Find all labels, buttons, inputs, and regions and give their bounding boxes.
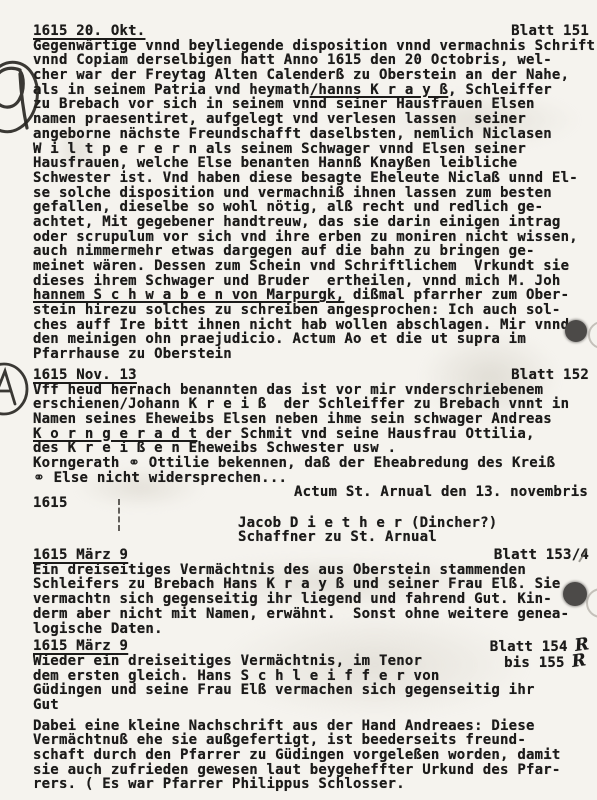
- entry-heading: 1615 März 9Blatt 153/4: [33, 548, 589, 563]
- entry-date: 1615 20. Okt.: [33, 23, 145, 39]
- entry-blatt: Blatt 154Rbis 155R: [490, 639, 589, 670]
- doc-line: stein hirezu solches zu schreiben angesp…: [33, 303, 589, 318]
- doc-line: Güdingen und seine Frau Elß vermachen si…: [33, 683, 589, 698]
- document-content: 1615 20. Okt.Blatt 151Gegenwärtige vnnd …: [33, 24, 589, 792]
- document-entry: 1615 März 9Blatt 153/4Ein dreiseitiges V…: [33, 548, 589, 636]
- text-segment: Namen seines Eheweibs Elsen neben ihme s…: [33, 411, 552, 427]
- text-segment: vermachtn sich gegenseitig ihr liegend u…: [33, 591, 552, 607]
- doc-line: derm aber nicht mit Namen, erwähnt. Sons…: [33, 607, 589, 622]
- entry-blatt: Blatt 153/4: [494, 548, 589, 563]
- underlined-name: hannem S c h w a b e n von Marpurgk,: [33, 287, 344, 303]
- text-segment: namen praesentiret, aufgelegt vnd verles…: [33, 111, 526, 127]
- text-segment: vnnd Copiam derselbigen hatt Anno 1615 d…: [33, 52, 552, 68]
- text-segment: Gut: [33, 697, 59, 713]
- doc-line: schaft durch den Pfarrer zu Güdingen vor…: [33, 748, 589, 763]
- doc-line: hannem S c h w a b e n von Marpurgk, diß…: [33, 288, 589, 303]
- doc-line: Gut: [33, 698, 589, 713]
- doc-line: Schleifers zu Brebach Hans K r a y ß und…: [33, 577, 589, 592]
- text-segment: dißmal pfarrher zum Ober-: [344, 287, 569, 303]
- signature-line: Jacob D i e t h e r (Dincher?): [238, 516, 589, 531]
- punch-hole-ring: [588, 321, 597, 349]
- circled-a-annotation: [0, 362, 32, 416]
- entry-date: 1615 Nov. 13: [33, 367, 137, 383]
- doc-line: namen praesentiret, aufgelegt vnd verles…: [33, 112, 589, 127]
- text-segment: achtet, Mit gegebener handtreuw, das sie…: [33, 214, 561, 230]
- entry-heading: 1615 Nov. 13Blatt 152: [33, 368, 589, 383]
- text-segment: schaft durch den Pfarrer zu Güdingen vor…: [33, 747, 561, 763]
- text-segment: erschienen/Johann K r e i ß der Schleiff…: [33, 396, 569, 412]
- entry-heading: 1615 März 9Blatt 154Rbis 155R: [33, 639, 589, 654]
- text-segment: ⚭ Else nicht widersprechen...: [33, 470, 287, 486]
- document-entry: Dabei eine kleine Nachschrift aus der Ha…: [33, 719, 589, 792]
- doc-line: W i l t p e r e r n als seinem Schwager …: [33, 142, 589, 157]
- text-segment: stein hirezu solches zu schreiben angesp…: [33, 302, 561, 318]
- doc-line: Vff heud hernach benannten das ist vor m…: [33, 383, 589, 398]
- doc-line: vnnd Copiam derselbigen hatt Anno 1615 d…: [33, 53, 589, 68]
- text-segment: derm aber nicht mit Namen, erwähnt. Sons…: [33, 606, 569, 622]
- text-segment: cher war der Freytag Alten Calenderß zu …: [33, 67, 569, 83]
- doc-line: den meinigen ohn praejudicio. Actum Ao e…: [33, 332, 589, 347]
- text-segment: rers. ( Es war Pfarrer Philippus Schloss…: [33, 776, 405, 792]
- blatt-number: Blatt 152: [511, 368, 589, 383]
- entry-blatt: Blatt 151: [511, 24, 589, 39]
- signature-line: Schaffner zu St. Arnual: [238, 530, 589, 545]
- entry-blatt: Blatt 152: [511, 368, 589, 383]
- doc-line: logische Daten.: [33, 622, 589, 637]
- document-entry: 1615 März 9Blatt 154Rbis 155RWieder ein …: [33, 639, 589, 712]
- pen-mark: [118, 499, 120, 531]
- doc-line: erschienen/Johann K r e i ß der Schleiff…: [33, 397, 589, 412]
- text-segment: Pfarrhause zu Oberstein: [33, 346, 232, 362]
- handwritten-letter: R: [571, 653, 587, 670]
- doc-line: Pfarrhause zu Oberstein: [33, 347, 589, 362]
- text-segment: angeborne nächste Freundschafft daselbst…: [33, 126, 552, 142]
- doc-line: Schwester ist. Vnd haben diese besagte E…: [33, 171, 589, 186]
- doc-line: Korngerath ⚭ Ottilie bekennen, daß der E…: [33, 456, 589, 471]
- doc-line: zu Brebach vor sich in seinem vnnd seine…: [33, 97, 589, 112]
- doc-line: des K r e i ß e n Eheweibs Schwester usw…: [33, 441, 589, 456]
- text-segment: des K r e i ß e n Eheweibs Schwester usw…: [33, 440, 396, 456]
- signature-block: Jacob D i e t h e r (Dincher?)Schaffner …: [33, 516, 589, 545]
- text-segment: Vermächtnuß ehe sie außgefertigt, ist be…: [33, 732, 526, 748]
- entry-date: 1615 März 9: [33, 547, 128, 563]
- document-entry: 1615 Nov. 13Blatt 152Vff heud hernach be…: [33, 368, 589, 545]
- blatt-number: Blatt 153/4: [494, 548, 589, 563]
- doc-line: gefallen, dieselbe so wohl nötig, alß re…: [33, 200, 589, 215]
- doc-line: auch nimmermehr etwas dargegen auf die b…: [33, 244, 589, 259]
- text-segment: Schwester ist. Vnd haben diese besagte E…: [33, 170, 578, 186]
- text-segment: Korngerath ⚭ Ottilie bekennen, daß der E…: [33, 455, 555, 471]
- entry-heading: 1615 20. Okt.Blatt 151: [33, 24, 589, 39]
- punch-hole: [563, 582, 587, 606]
- text-segment: auch nimmermehr etwas dargegen auf die b…: [33, 243, 535, 259]
- text-segment: Güdingen und seine Frau Elß vermachen si…: [33, 682, 535, 698]
- punch-hole: [565, 320, 587, 342]
- text-segment: meinet wären. Dessen zum Schein vnd Schr…: [33, 258, 569, 274]
- doc-line: achtet, Mit gegebener handtreuw, das sie…: [33, 215, 589, 230]
- doc-line: vermachtn sich gegenseitig ihr liegend u…: [33, 592, 589, 607]
- text-segment: Wieder ein dreiseitiges Vermächtnis, im …: [33, 653, 422, 669]
- doc-line: Vermächtnuß ehe sie außgefertigt, ist be…: [33, 733, 589, 748]
- entry-date: 1615 März 9: [33, 638, 128, 654]
- doc-line: cher war der Freytag Alten Calenderß zu …: [33, 68, 589, 83]
- text-segment: logische Daten.: [33, 621, 163, 637]
- blatt-number: Blatt 151: [511, 24, 589, 39]
- doc-line: Namen seines Eheweibs Elsen neben ihme s…: [33, 412, 589, 427]
- doc-line: angeborne nächste Freundschafft daselbst…: [33, 127, 589, 142]
- blatt-number: bis 155R: [490, 655, 586, 671]
- document-entry: 1615 20. Okt.Blatt 151Gegenwärtige vnnd …: [33, 24, 589, 362]
- doc-line: meinet wären. Dessen zum Schein vnd Schr…: [33, 259, 589, 274]
- doc-line: Hausfrauen, welche Else benanten Hannß K…: [33, 156, 589, 171]
- text-segment: gefallen, dieselbe so wohl nötig, alß re…: [33, 199, 543, 215]
- text-segment: Hausfrauen, welche Else benanten Hannß K…: [33, 155, 517, 171]
- scanned-document-page: { "colors": { "paper": "#f5f3ee", "ink":…: [0, 0, 597, 800]
- doc-line: rers. ( Es war Pfarrer Philippus Schloss…: [33, 777, 589, 792]
